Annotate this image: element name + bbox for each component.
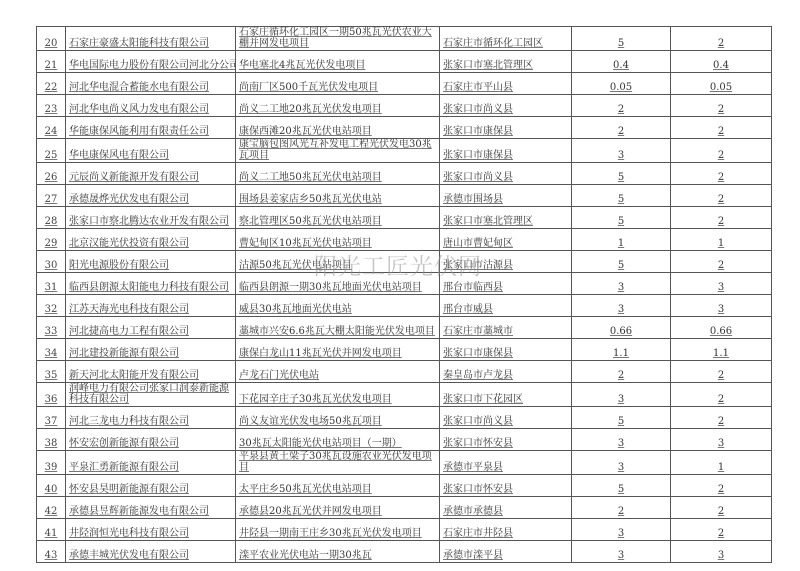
capacity-b-cell: 2 [671, 27, 772, 51]
capacity-b-cell: 2 [671, 185, 772, 207]
capacity-a-cell: 0.4 [572, 51, 671, 73]
capacity-b: 1 [718, 238, 724, 249]
table-row: 23河北华电尚义风力发电有限公司尚义二工地20兆瓦光伏发电项目张家口市尚义县22 [37, 95, 772, 117]
project-table-body: 20石家庄豪盛太阳能科技有限公司石家庄循环化工园区一期50兆瓦光伏农业大棚并网发… [37, 27, 772, 563]
capacity-b: 1 [718, 462, 724, 473]
location: 邢台市临西县 [443, 282, 503, 293]
row-number: 35 [45, 370, 58, 381]
capacity-a: 2 [618, 104, 624, 115]
row-number: 24 [45, 126, 58, 137]
company-name: 江苏天海光电科技有限公司 [69, 304, 189, 315]
capacity-b-cell: 2 [671, 117, 772, 139]
location: 张家口市尚义县 [443, 416, 513, 427]
location-cell: 张家口市康保县 [440, 117, 572, 139]
row-number: 43 [45, 550, 58, 561]
row-number-cell: 33 [37, 317, 66, 339]
project-name: 承德县20兆瓦光伏并网发电项目 [239, 506, 382, 517]
row-number-cell: 34 [37, 339, 66, 361]
table-row: 20石家庄豪盛太阳能科技有限公司石家庄循环化工园区一期50兆瓦光伏农业大棚并网发… [37, 27, 772, 51]
project-name: 尚义二工地50兆瓦光伏电站项目 [239, 172, 382, 183]
capacity-a: 3 [618, 462, 624, 473]
row-number-cell: 28 [37, 207, 66, 229]
company-name-cell: 元辰尚义新能源开发有限公司 [66, 163, 236, 185]
capacity-b: 0.4 [713, 60, 729, 71]
location-cell: 邢台市临西县 [440, 273, 572, 295]
capacity-b: 2 [718, 260, 724, 271]
capacity-a-cell: 1 [572, 229, 671, 251]
capacity-a-cell: 3 [572, 139, 671, 163]
company-name: 河北华电尚义风力发电有限公司 [69, 104, 209, 115]
capacity-b: 2 [718, 150, 724, 161]
location: 张家口市康保县 [443, 348, 513, 359]
row-number-cell: 41 [37, 519, 66, 541]
capacity-b: 2 [718, 528, 724, 539]
capacity-b: 2 [718, 394, 724, 405]
capacity-a-cell: 3 [572, 519, 671, 541]
row-number-cell: 35 [37, 361, 66, 383]
project-name: 尚义友谊光伏发电场50兆瓦项目 [239, 416, 382, 427]
capacity-a-cell: 3 [572, 451, 671, 475]
table-row: 25华电康保风电有限公司康宝脑包图风光互补发电工程光伏发电30兆瓦项目张家口市康… [37, 139, 772, 163]
capacity-a-cell: 3 [572, 295, 671, 317]
location-cell: 石家庄市井陉县 [440, 519, 572, 541]
capacity-a-cell: 2 [572, 95, 671, 117]
capacity-b: 2 [718, 126, 724, 137]
table-row: 42承德县昱辉新能源发电有限公司承德县20兆瓦光伏并网发电项目承德市承德县22 [37, 497, 772, 519]
capacity-a-cell: 5 [572, 251, 671, 273]
company-name: 井陉润恒光电科技有限公司 [69, 528, 189, 539]
capacity-b: 1.1 [713, 348, 729, 359]
table-row: 28张家口市察北腾达农业开发有限公司察北管理区50兆瓦光伏电站项目张家口市塞北管… [37, 207, 772, 229]
table-row: 41井陉润恒光电科技有限公司井陉县一期南王庄乡30兆瓦光伏发电项目石家庄市井陉县… [37, 519, 772, 541]
location-cell: 石家庄市循环化工园区 [440, 27, 572, 51]
capacity-a-cell: 5 [572, 27, 671, 51]
capacity-a: 3 [618, 550, 624, 561]
capacity-a: 5 [618, 216, 624, 227]
project-name-cell: 康保西滩20兆瓦光伏电站项目 [236, 117, 440, 139]
capacity-a-cell: 0.66 [572, 317, 671, 339]
company-name: 元辰尚义新能源开发有限公司 [69, 172, 199, 183]
location-cell: 张家口市塞北管理区 [440, 51, 572, 73]
table-row: 27承德晟烨光伏发电有限公司围场县姜家店乡50兆瓦光伏电站承德市围场县52 [37, 185, 772, 207]
row-number-cell: 36 [37, 383, 66, 407]
capacity-b: 2 [718, 370, 724, 381]
row-number-cell: 30 [37, 251, 66, 273]
location-cell: 张家口市怀安县 [440, 475, 572, 497]
location: 承德市承德县 [443, 506, 503, 517]
location: 张家口市尚义县 [443, 104, 513, 115]
capacity-b: 3 [718, 438, 724, 449]
capacity-a: 3 [618, 150, 624, 161]
project-name: 平泉县黄土梁子30兆瓦设施农业光伏发电项目 [239, 451, 432, 473]
table-row: 36润峰电力有限公司张家口润泰新能源科技有限公司下花园辛庄子30兆瓦光伏发电项目… [37, 383, 772, 407]
company-name-cell: 华电康保风电有限公司 [66, 139, 236, 163]
company-name: 河北华电混合蓄能水电有限公司 [69, 82, 209, 93]
project-name-cell: 围场县姜家店乡50兆瓦光伏电站 [236, 185, 440, 207]
row-number-cell: 25 [37, 139, 66, 163]
project-name: 井陉县一期南王庄乡30兆瓦光伏发电项目 [239, 528, 422, 539]
location: 张家口市下花园区 [443, 394, 523, 405]
capacity-b: 2 [718, 104, 724, 115]
project-name: 康保白龙山11兆瓦光伏并网发电项目 [239, 348, 402, 359]
capacity-b: 2 [718, 216, 724, 227]
capacity-b-cell: 2 [671, 207, 772, 229]
capacity-a: 0.66 [610, 326, 632, 337]
row-number: 42 [45, 506, 58, 517]
company-name-cell: 石家庄豪盛太阳能科技有限公司 [66, 27, 236, 51]
capacity-a: 5 [618, 38, 624, 49]
company-name-cell: 临西县朗源太阳能电力科技有限公司 [66, 273, 236, 295]
capacity-a-cell: 3 [572, 429, 671, 451]
location-cell: 唐山市曹妃甸区 [440, 229, 572, 251]
capacity-b-cell: 2 [671, 497, 772, 519]
table-row: 40怀安县昊明新能源有限公司太平庄乡50兆瓦光伏电站项目张家口市怀安县52 [37, 475, 772, 497]
capacity-b: 2 [718, 416, 724, 427]
capacity-a-cell: 5 [572, 185, 671, 207]
location: 张家口市康保县 [443, 126, 513, 137]
capacity-b-cell: 2 [671, 163, 772, 185]
company-name: 华能康保风能利用有限责任公司 [69, 126, 209, 137]
location: 承德市平泉县 [443, 462, 503, 473]
company-name-cell: 北京汉能光伏投资有限公司 [66, 229, 236, 251]
row-number: 29 [45, 238, 58, 249]
table-row: 35新天河北太阳能开发有限公司卢龙石门光伏电站秦皇岛市卢龙县22 [37, 361, 772, 383]
table-row: 30阳光电源股份有限公司沽源50兆瓦光伏电站项目张家口市沽源县52 [37, 251, 772, 273]
company-name: 石家庄豪盛太阳能科技有限公司 [69, 38, 209, 49]
location: 承德市围场县 [443, 194, 503, 205]
company-name: 河北三龙电力科技有限公司 [69, 416, 189, 427]
location-cell: 秦皇岛市卢龙县 [440, 361, 572, 383]
location: 张家口市康保县 [443, 150, 513, 161]
row-number: 20 [45, 38, 58, 49]
project-name-cell: 康宝脑包图风光互补发电工程光伏发电30兆瓦项目 [236, 139, 440, 163]
location-cell: 张家口市尚义县 [440, 163, 572, 185]
project-name-cell: 卢龙石门光伏电站 [236, 361, 440, 383]
row-number-cell: 27 [37, 185, 66, 207]
table-row: 38怀安宏创新能源有限公司30兆瓦太阳能光伏电站项目（一期）张家口市怀安县33 [37, 429, 772, 451]
row-number: 31 [45, 282, 58, 293]
location-cell: 张家口市塞北管理区 [440, 207, 572, 229]
row-number: 28 [45, 216, 58, 227]
capacity-b-cell: 2 [671, 407, 772, 429]
project-name-cell: 石家庄循环化工园区一期50兆瓦光伏农业大棚并网发电项目 [236, 27, 440, 51]
company-name-cell: 阳光电源股份有限公司 [66, 251, 236, 273]
capacity-a-cell: 5 [572, 207, 671, 229]
capacity-b: 2 [718, 194, 724, 205]
location-cell: 石家庄市平山县 [440, 73, 572, 95]
capacity-b: 2 [718, 506, 724, 517]
project-name: 威县30兆瓦地面光伏电站 [239, 304, 352, 315]
company-name: 承德晟烨光伏发电有限公司 [69, 194, 189, 205]
project-name-cell: 井陉县一期南王庄乡30兆瓦光伏发电项目 [236, 519, 440, 541]
company-name: 张家口市察北腾达农业开发有限公司 [69, 216, 229, 227]
table-row: 31临西县朗源太阳能电力科技有限公司临西县朗源一期30兆瓦地面光伏电站项目邢台市… [37, 273, 772, 295]
table-row: 39平泉汇勇新能源有限公司平泉县黄土梁子30兆瓦设施农业光伏发电项目承德市平泉县… [37, 451, 772, 475]
table-row: 43承德丰城光伏发电有限公司滦平农业光伏电站一期30兆瓦承德市滦平县33 [37, 541, 772, 563]
capacity-a: 0.4 [613, 60, 629, 71]
company-name-cell: 承德丰城光伏发电有限公司 [66, 541, 236, 563]
location: 邢台市威县 [443, 304, 493, 315]
capacity-b: 2 [718, 172, 724, 183]
location-cell: 张家口市下花园区 [440, 383, 572, 407]
location: 石家庄市藁城市 [443, 326, 513, 337]
capacity-b: 0.05 [710, 82, 732, 93]
row-number-cell: 40 [37, 475, 66, 497]
company-name: 华电国际电力股份有限公司河北分公司 [69, 60, 236, 71]
company-name-cell: 润峰电力有限公司张家口润泰新能源科技有限公司 [66, 383, 236, 407]
capacity-b-cell: 3 [671, 541, 772, 563]
project-name-cell: 藁城市兴安6.6兆瓦大棚太阳能光伏发电项目 [236, 317, 440, 339]
capacity-b-cell: 3 [671, 429, 772, 451]
row-number-cell: 24 [37, 117, 66, 139]
capacity-a: 2 [618, 126, 624, 137]
project-name: 尚义二工地20兆瓦光伏发电项目 [239, 104, 382, 115]
capacity-a-cell: 2 [572, 497, 671, 519]
capacity-b: 0.66 [710, 326, 732, 337]
location: 石家庄市平山县 [443, 82, 513, 93]
company-name-cell: 怀安宏创新能源有限公司 [66, 429, 236, 451]
row-number: 22 [45, 82, 58, 93]
row-number-cell: 20 [37, 27, 66, 51]
capacity-b-cell: 2 [671, 139, 772, 163]
row-number-cell: 32 [37, 295, 66, 317]
capacity-a-cell: 1.1 [572, 339, 671, 361]
company-name: 北京汉能光伏投资有限公司 [69, 238, 189, 249]
project-name-cell: 康保白龙山11兆瓦光伏并网发电项目 [236, 339, 440, 361]
project-name: 临西县朗源一期30兆瓦地面光伏电站项目 [239, 282, 422, 293]
table-row: 32江苏天海光电科技有限公司威县30兆瓦地面光伏电站邢台市威县33 [37, 295, 772, 317]
table-row: 34河北建投新能源有限公司康保白龙山11兆瓦光伏并网发电项目张家口市康保县1.1… [37, 339, 772, 361]
row-number: 40 [45, 484, 58, 495]
row-number-cell: 23 [37, 95, 66, 117]
location: 张家口市塞北管理区 [443, 60, 533, 71]
project-name-cell: 威县30兆瓦地面光伏电站 [236, 295, 440, 317]
table-row: 24华能康保风能利用有限责任公司康保西滩20兆瓦光伏电站项目张家口市康保县22 [37, 117, 772, 139]
capacity-a-cell: 0.05 [572, 73, 671, 95]
location: 张家口市怀安县 [443, 484, 513, 495]
row-number-cell: 31 [37, 273, 66, 295]
location-cell: 张家口市康保县 [440, 339, 572, 361]
capacity-a: 2 [618, 370, 624, 381]
scanned-document-page: 20石家庄豪盛太阳能科技有限公司石家庄循环化工园区一期50兆瓦光伏农业大棚并网发… [0, 0, 800, 571]
company-name: 新天河北太阳能开发有限公司 [69, 370, 199, 381]
company-name-cell: 新天河北太阳能开发有限公司 [66, 361, 236, 383]
capacity-a: 5 [618, 194, 624, 205]
row-number-cell: 26 [37, 163, 66, 185]
capacity-a-cell: 5 [572, 163, 671, 185]
project-name-cell: 曹妃甸区10兆瓦光伏电站项目 [236, 229, 440, 251]
company-name-cell: 平泉汇勇新能源有限公司 [66, 451, 236, 475]
project-name-cell: 尚义二工地20兆瓦光伏发电项目 [236, 95, 440, 117]
capacity-b: 3 [718, 282, 724, 293]
project-name: 曹妃甸区10兆瓦光伏电站项目 [239, 238, 372, 249]
capacity-a-cell: 3 [572, 383, 671, 407]
company-name: 怀安县昊明新能源有限公司 [69, 484, 189, 495]
capacity-a: 5 [618, 484, 624, 495]
capacity-a-cell: 5 [572, 475, 671, 497]
company-name: 河北捷高电力工程有限公司 [69, 326, 189, 337]
capacity-b-cell: 3 [671, 295, 772, 317]
location: 张家口市塞北管理区 [443, 216, 533, 227]
project-table: 20石家庄豪盛太阳能科技有限公司石家庄循环化工园区一期50兆瓦光伏农业大棚并网发… [36, 26, 772, 563]
company-name-cell: 河北捷高电力工程有限公司 [66, 317, 236, 339]
company-name-cell: 江苏天海光电科技有限公司 [66, 295, 236, 317]
company-name: 华电康保风电有限公司 [69, 150, 169, 161]
row-number: 27 [45, 194, 58, 205]
capacity-b: 2 [718, 38, 724, 49]
capacity-a: 1.1 [613, 348, 629, 359]
row-number: 33 [45, 326, 58, 337]
capacity-a: 3 [618, 282, 624, 293]
capacity-b: 3 [718, 550, 724, 561]
capacity-a: 5 [618, 172, 624, 183]
company-name: 润峰电力有限公司张家口润泰新能源科技有限公司 [69, 383, 229, 405]
capacity-a-cell: 3 [572, 541, 671, 563]
capacity-b-cell: 2 [671, 519, 772, 541]
row-number: 32 [45, 304, 58, 315]
project-name-cell: 承德县20兆瓦光伏并网发电项目 [236, 497, 440, 519]
project-name-cell: 平泉县黄土梁子30兆瓦设施农业光伏发电项目 [236, 451, 440, 475]
project-name: 下花园辛庄子30兆瓦光伏发电项目 [239, 394, 392, 405]
project-name: 卢龙石门光伏电站 [239, 370, 319, 381]
location: 石家庄市井陉县 [443, 528, 513, 539]
company-name: 平泉汇勇新能源有限公司 [69, 462, 179, 473]
capacity-b-cell: 0.66 [671, 317, 772, 339]
table-row: 26元辰尚义新能源开发有限公司尚义二工地50兆瓦光伏电站项目张家口市尚义县52 [37, 163, 772, 185]
project-name: 30兆瓦太阳能光伏电站项目（一期） [239, 438, 402, 449]
location-cell: 张家口市沽源县 [440, 251, 572, 273]
project-name-cell: 30兆瓦太阳能光伏电站项目（一期） [236, 429, 440, 451]
location-cell: 张家口市怀安县 [440, 429, 572, 451]
table-row: 22河北华电混合蓄能水电有限公司尚南厂区500千瓦光伏发电项目石家庄市平山县0.… [37, 73, 772, 95]
capacity-b-cell: 0.05 [671, 73, 772, 95]
row-number: 37 [45, 416, 58, 427]
company-name: 承德县昱辉新能源发电有限公司 [69, 506, 209, 517]
capacity-a-cell: 2 [572, 117, 671, 139]
location: 石家庄市循环化工园区 [443, 38, 543, 49]
row-number: 26 [45, 172, 58, 183]
row-number: 21 [45, 60, 58, 71]
company-name: 临西县朗源太阳能电力科技有限公司 [69, 282, 229, 293]
location: 张家口市沽源县 [443, 260, 513, 271]
capacity-a: 5 [618, 416, 624, 427]
company-name-cell: 承德晟烨光伏发电有限公司 [66, 185, 236, 207]
location: 张家口市怀安县 [443, 438, 513, 449]
capacity-a-cell: 2 [572, 361, 671, 383]
project-name: 石家庄循环化工园区一期50兆瓦光伏农业大棚并网发电项目 [239, 27, 432, 49]
capacity-b-cell: 2 [671, 251, 772, 273]
company-name-cell: 怀安县昊明新能源有限公司 [66, 475, 236, 497]
row-number: 30 [45, 260, 58, 271]
project-name: 康宝脑包图风光互补发电工程光伏发电30兆瓦项目 [239, 139, 432, 161]
table-row: 21华电国际电力股份有限公司河北分公司华电塞北4兆瓦光伏发电项目张家口市塞北管理… [37, 51, 772, 73]
location-cell: 邢台市威县 [440, 295, 572, 317]
capacity-a-cell: 5 [572, 407, 671, 429]
location: 张家口市尚义县 [443, 172, 513, 183]
project-name: 沽源50兆瓦光伏电站项目 [239, 260, 352, 271]
project-name-cell: 尚义友谊光伏发电场50兆瓦项目 [236, 407, 440, 429]
row-number-cell: 37 [37, 407, 66, 429]
project-name: 康保西滩20兆瓦光伏电站项目 [239, 126, 372, 137]
company-name-cell: 华能康保风能利用有限责任公司 [66, 117, 236, 139]
company-name-cell: 河北华电尚义风力发电有限公司 [66, 95, 236, 117]
row-number: 41 [45, 528, 58, 539]
capacity-b-cell: 3 [671, 273, 772, 295]
project-name: 藁城市兴安6.6兆瓦大棚太阳能光伏发电项目 [239, 326, 435, 337]
company-name-cell: 华电国际电力股份有限公司河北分公司 [66, 51, 236, 73]
capacity-a: 2 [618, 506, 624, 517]
project-name: 围场县姜家店乡50兆瓦光伏电站 [239, 194, 382, 205]
project-name: 滦平农业光伏电站一期30兆瓦 [239, 550, 372, 561]
capacity-b-cell: 2 [671, 361, 772, 383]
company-name-cell: 河北华电混合蓄能水电有限公司 [66, 73, 236, 95]
row-number-cell: 38 [37, 429, 66, 451]
capacity-b-cell: 2 [671, 95, 772, 117]
location-cell: 张家口市尚义县 [440, 95, 572, 117]
company-name: 怀安宏创新能源有限公司 [69, 438, 179, 449]
company-name-cell: 井陉润恒光电科技有限公司 [66, 519, 236, 541]
location-cell: 张家口市康保县 [440, 139, 572, 163]
project-name-cell: 华电塞北4兆瓦光伏发电项目 [236, 51, 440, 73]
capacity-b: 2 [718, 484, 724, 495]
capacity-b-cell: 2 [671, 475, 772, 497]
project-name: 华电塞北4兆瓦光伏发电项目 [239, 60, 365, 71]
capacity-a-cell: 3 [572, 273, 671, 295]
project-name-cell: 察北管理区50兆瓦光伏电站项目 [236, 207, 440, 229]
row-number: 25 [45, 150, 58, 161]
location-cell: 承德市围场县 [440, 185, 572, 207]
capacity-a: 3 [618, 394, 624, 405]
row-number: 38 [45, 438, 58, 449]
company-name: 承德丰城光伏发电有限公司 [69, 550, 189, 561]
project-name: 太平庄乡50兆瓦光伏电站项目 [239, 484, 372, 495]
capacity-b-cell: 2 [671, 383, 772, 407]
project-name: 尚南厂区500千瓦光伏发电项目 [239, 82, 378, 93]
row-number: 34 [45, 348, 58, 359]
company-name-cell: 河北三龙电力科技有限公司 [66, 407, 236, 429]
capacity-a: 0.05 [610, 82, 632, 93]
company-name-cell: 张家口市察北腾达农业开发有限公司 [66, 207, 236, 229]
location-cell: 石家庄市藁城市 [440, 317, 572, 339]
project-name-cell: 尚义二工地50兆瓦光伏电站项目 [236, 163, 440, 185]
capacity-b-cell: 1 [671, 451, 772, 475]
company-name: 河北建投新能源有限公司 [69, 348, 179, 359]
row-number-cell: 29 [37, 229, 66, 251]
row-number-cell: 39 [37, 451, 66, 475]
project-name-cell: 沽源50兆瓦光伏电站项目 [236, 251, 440, 273]
capacity-a: 1 [618, 238, 624, 249]
row-number-cell: 42 [37, 497, 66, 519]
capacity-b-cell: 0.4 [671, 51, 772, 73]
project-name-cell: 尚南厂区500千瓦光伏发电项目 [236, 73, 440, 95]
table-row: 37河北三龙电力科技有限公司尚义友谊光伏发电场50兆瓦项目张家口市尚义县52 [37, 407, 772, 429]
location-cell: 张家口市尚义县 [440, 407, 572, 429]
location: 承德市滦平县 [443, 550, 503, 561]
company-name: 阳光电源股份有限公司 [69, 260, 169, 271]
row-number-cell: 22 [37, 73, 66, 95]
row-number-cell: 43 [37, 541, 66, 563]
location: 唐山市曹妃甸区 [443, 238, 513, 249]
table-row: 33河北捷高电力工程有限公司藁城市兴安6.6兆瓦大棚太阳能光伏发电项目石家庄市藁… [37, 317, 772, 339]
company-name-cell: 河北建投新能源有限公司 [66, 339, 236, 361]
project-name-cell: 临西县朗源一期30兆瓦地面光伏电站项目 [236, 273, 440, 295]
capacity-a: 3 [618, 304, 624, 315]
capacity-a: 5 [618, 260, 624, 271]
location-cell: 承德市平泉县 [440, 451, 572, 475]
location-cell: 承德市承德县 [440, 497, 572, 519]
capacity-b: 3 [718, 304, 724, 315]
table-row: 29北京汉能光伏投资有限公司曹妃甸区10兆瓦光伏电站项目唐山市曹妃甸区11 [37, 229, 772, 251]
